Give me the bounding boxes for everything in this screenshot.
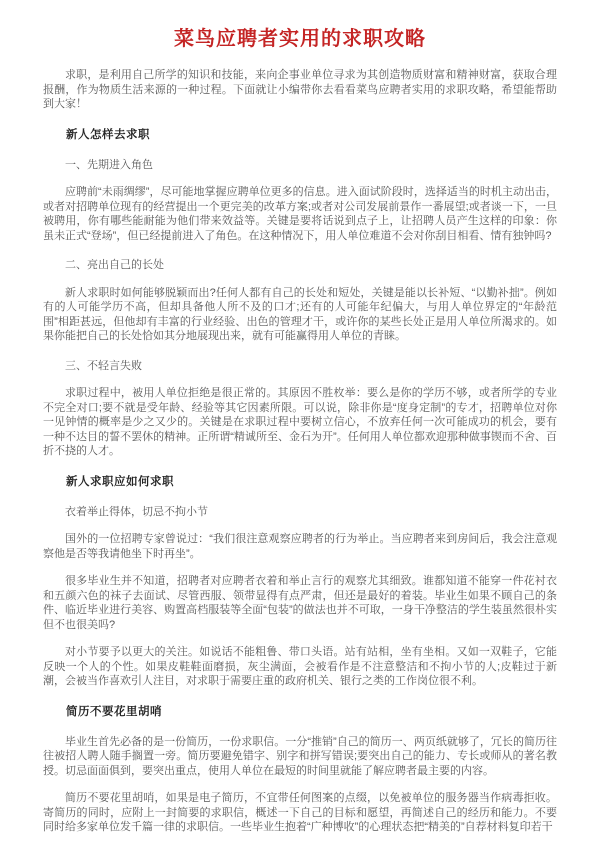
sub-heading-step-1: 一、先期进入角色 <box>43 158 557 173</box>
sub-heading-step-2: 二、亮出自己的长处 <box>43 258 557 273</box>
section-heading-resume: 简历不要花里胡哨 <box>43 705 557 720</box>
paragraph-resume-style: 简历不要花里胡哨，如果是电子简历，不宜带任何图案的点缀，以免被单位的服务器当作病… <box>43 791 557 835</box>
paragraph-step-3: 求职过程中，被用人单位拒绝是很正常的。其原因不胜枚举：要么是你的学历不够，或者所… <box>43 386 557 459</box>
paragraph-dress-details: 很多毕业生并不知道，招聘者对应聘者衣着和举止言行的观察尤其细致。谁都知道不能穿一… <box>43 574 557 632</box>
section-heading-newcomer-advice: 新人求职应如何求职 <box>43 475 557 490</box>
paragraph-resume-basics: 毕业生首先必备的是一份简历，一份求职信。一分“推销”自己的简历一、两页纸就够了，… <box>43 735 557 779</box>
sub-heading-dress-code: 衣着举止得体，切忌不拘小节 <box>43 505 557 520</box>
document-page: 菜鸟应聘者实用的求职攻略 求职，是利用自己所学的知识和技能，来向企事业单位寻求为… <box>0 0 600 849</box>
paragraph-step-2: 新人求职时如何能够脱颖而出?任何人都有自己的长处和短处，关键是能以长补短、“以勤… <box>43 286 557 344</box>
paragraph-expert-quote: 国外的一位招聘专家曾说过：“我们很注意观察应聘者的行为举止。当应聘者来到房间后，… <box>43 532 557 561</box>
section-heading-how-to-job-hunt: 新人怎样去求职 <box>43 128 557 143</box>
paragraph-step-1: 应聘前“未雨绸缪”，尽可能地掌握应聘单位更多的信息。进入面试阶段时，选择适当的时… <box>43 185 557 243</box>
sub-heading-step-3: 三、不轻言失败 <box>43 359 557 374</box>
intro-paragraph: 求职，是利用自己所学的知识和技能，来向企事业单位寻求为其创造物质财富和精神财富，… <box>43 68 557 112</box>
paragraph-small-details: 对小节要予以更大的关注。如说话不能粗鲁、带口头语。站有站相，坐有坐相。又如一双鞋… <box>43 645 557 689</box>
page-title: 菜鸟应聘者实用的求职攻略 <box>43 26 557 52</box>
